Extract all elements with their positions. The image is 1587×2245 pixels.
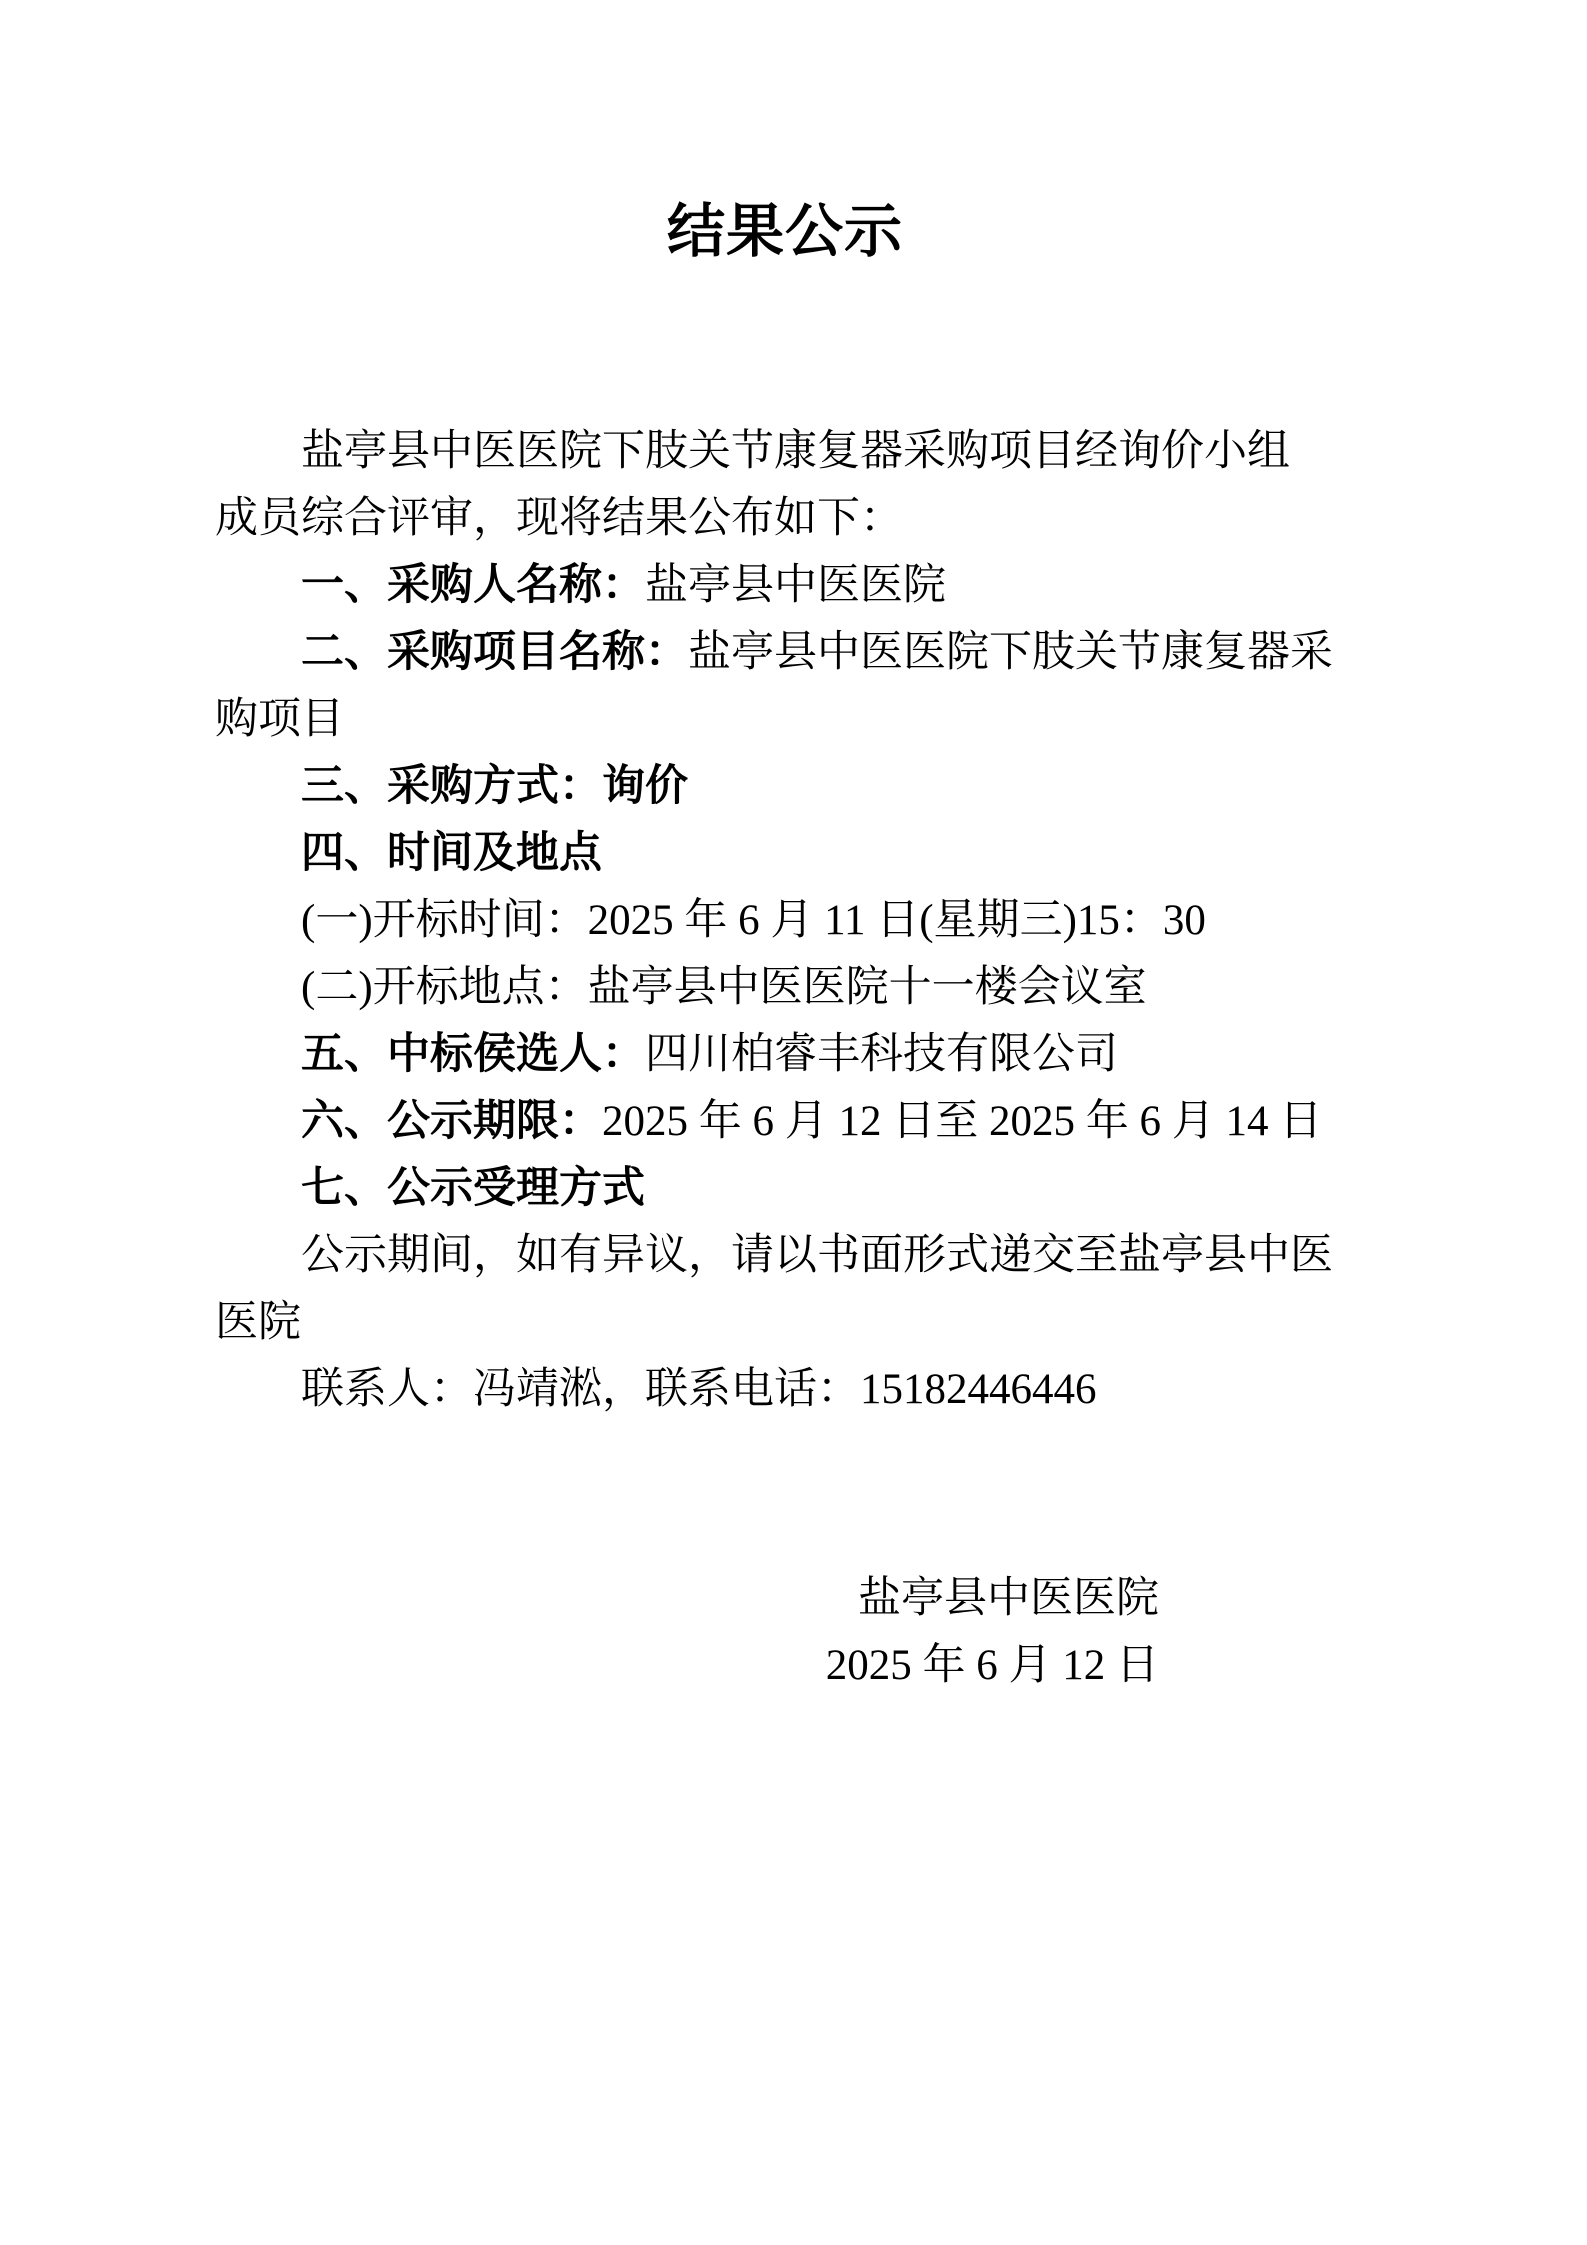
line-text: (一)开标时间：2025 年 6 月 11 日(星期三)15：30	[301, 897, 1206, 944]
document-title: 结果公示	[215, 192, 1355, 272]
line-text: 公示期间，如有异议，请以书面形式递交至盐亭县中医	[301, 1232, 1333, 1279]
document-line: (一)开标时间：2025 年 6 月 11 日(星期三)15：30	[215, 887, 1355, 954]
line-text: 盐亭县中医医院下肢关节康复器采	[688, 629, 1333, 676]
document-line: 购项目	[215, 686, 1355, 753]
document-line: (二)开标地点：盐亭县中医医院十一楼会议室	[215, 954, 1355, 1021]
document-line: 六、公示期限：2025 年 6 月 12 日至 2025 年 6 月 14 日	[215, 1088, 1355, 1155]
line-text: 2025 年 6 月 12 日至 2025 年 6 月 14 日	[602, 1098, 1322, 1145]
document-page: 结果公示 盐亭县中医医院下肢关节康复器采购项目经询价小组成员综合评审，现将结果公…	[0, 0, 1587, 2245]
document-line: 一、采购人名称：盐亭县中医医院	[215, 552, 1355, 619]
line-text: 盐亭县中医医院下肢关节康复器采购项目经询价小组	[301, 428, 1290, 475]
line-text: 医院	[215, 1299, 301, 1346]
document-body: 盐亭县中医医院下肢关节康复器采购项目经询价小组成员综合评审，现将结果公布如下：一…	[215, 418, 1355, 1423]
document-line: 公示期间，如有异议，请以书面形式递交至盐亭县中医	[215, 1222, 1355, 1289]
signature-org: 盐亭县中医医院	[215, 1565, 1159, 1632]
line-text: 盐亭县中医医院	[645, 562, 946, 609]
signature-block: 盐亭县中医医院 2025 年 6 月 12 日	[215, 1565, 1355, 1699]
document-line: 二、采购项目名称：盐亭县中医医院下肢关节康复器采	[215, 619, 1355, 686]
line-text: 成员综合评审，现将结果公布如下：	[215, 495, 903, 542]
document-line: 五、中标侯选人：四川柏睿丰科技有限公司	[215, 1021, 1355, 1088]
line-text: (二)开标地点：盐亭县中医医院十一楼会议室	[301, 964, 1147, 1011]
line-text: 联系人：冯靖淞，联系电话：15182446446	[301, 1366, 1097, 1413]
line-label: 六、公示期限：	[301, 1098, 602, 1145]
document-line: 成员综合评审，现将结果公布如下：	[215, 485, 1355, 552]
document-line: 联系人：冯靖淞，联系电话：15182446446	[215, 1356, 1355, 1423]
line-label: 三、采购方式：询价	[301, 763, 688, 810]
document-line: 盐亭县中医医院下肢关节康复器采购项目经询价小组	[215, 418, 1355, 485]
line-label: 五、中标侯选人：	[301, 1031, 645, 1078]
line-text: 四川柏睿丰科技有限公司	[645, 1031, 1118, 1078]
line-text: 购项目	[215, 696, 344, 743]
document-line: 七、公示受理方式	[215, 1155, 1355, 1222]
document-line: 三、采购方式：询价	[215, 753, 1355, 820]
line-label: 一、采购人名称：	[301, 562, 645, 609]
line-label: 四、时间及地点	[301, 830, 602, 877]
document-line: 医院	[215, 1289, 1355, 1356]
signature-date: 2025 年 6 月 12 日	[215, 1632, 1159, 1699]
line-label: 二、采购项目名称：	[301, 629, 688, 676]
document-line: 四、时间及地点	[215, 820, 1355, 887]
line-label: 七、公示受理方式	[301, 1165, 645, 1212]
